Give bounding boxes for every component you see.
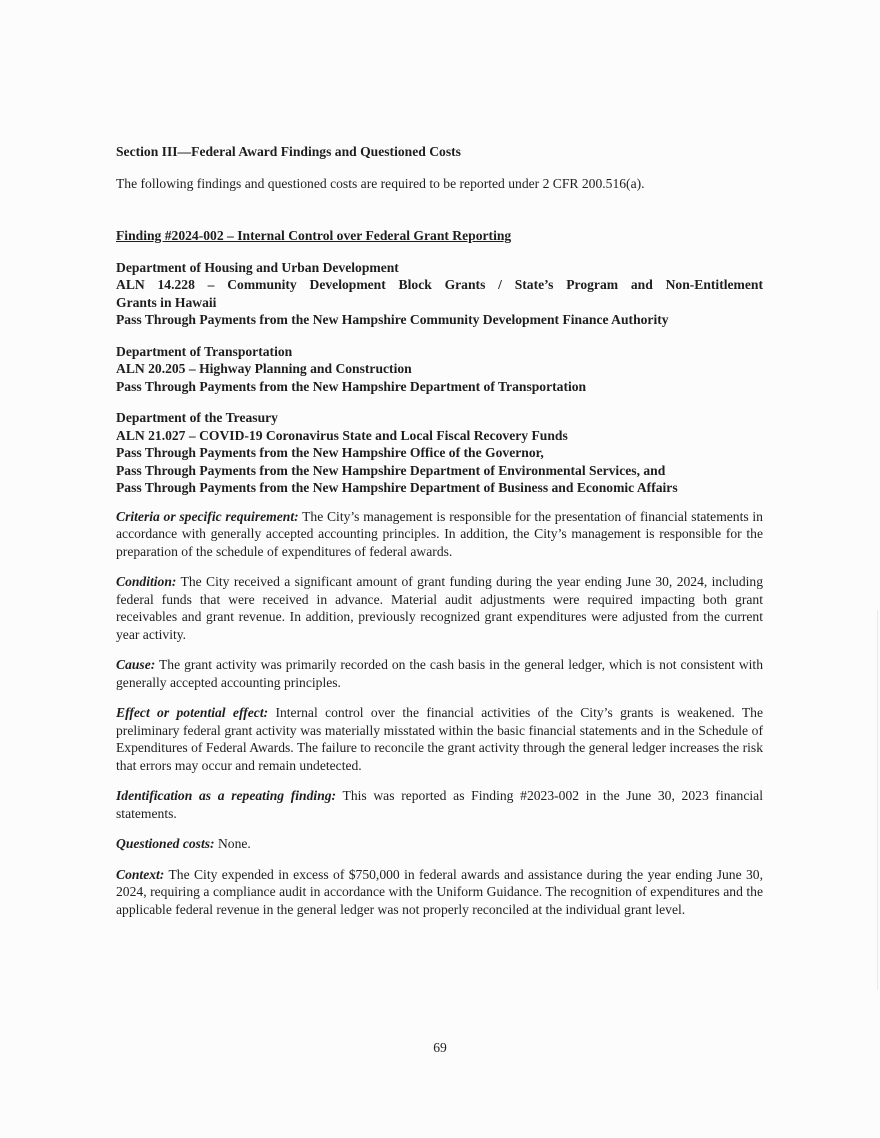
paragraph-label: Effect or potential effect: [116,705,268,720]
paragraph-text: The grant activity was primarily recorde… [116,657,763,690]
paragraph-repeating-finding: Identification as a repeating finding: T… [116,787,763,822]
program-aln-continued: Grants in Hawaii [116,294,763,312]
paragraph-condition: Condition: The City received a significa… [116,573,763,643]
paragraph-questioned-costs: Questioned costs: None. [116,835,763,853]
program-pass-through: Pass Through Payments from the New Hamps… [116,444,763,462]
paragraph-label: Criteria or specific requirement: [116,509,299,524]
program-aln: ALN 21.027 – COVID-19 Coronavirus State … [116,427,763,445]
paragraph-cause: Cause: The grant activity was primarily … [116,656,763,691]
section-title: Section III—Federal Award Findings and Q… [116,143,763,161]
program-pass-through: Pass Through Payments from the New Hamps… [116,462,763,480]
paragraph-label: Cause: [116,657,155,672]
page-number: 69 [0,1040,880,1056]
paragraph-text: The City expended in excess of $750,000 … [116,867,763,917]
paragraph-criteria: Criteria or specific requirement: The Ci… [116,508,763,561]
program-pass-through: Pass Through Payments from the New Hamps… [116,479,763,497]
document-page: Section III—Federal Award Findings and Q… [0,0,880,1138]
program-block-hud: Department of Housing and Urban Developm… [116,259,763,329]
paragraph-label: Context: [116,867,164,882]
program-agency: Department of Transportation [116,343,763,361]
paragraph-effect: Effect or potential effect: Internal con… [116,704,763,774]
intro-text: The following findings and questioned co… [116,175,763,193]
paragraph-label: Questioned costs: [116,836,215,851]
paragraph-label: Identification as a repeating finding: [116,788,336,803]
program-agency: Department of Housing and Urban Developm… [116,259,763,277]
scan-edge-shadow [877,610,878,990]
program-aln: ALN 20.205 – Highway Planning and Constr… [116,360,763,378]
paragraph-text: The City received a significant amount o… [116,574,763,642]
page-content: Section III—Federal Award Findings and Q… [116,143,763,918]
finding-title: Finding #2024-002 – Internal Control ove… [116,227,763,245]
program-block-treasury: Department of the Treasury ALN 21.027 – … [116,409,763,497]
program-block-transportation: Department of Transportation ALN 20.205 … [116,343,763,396]
program-agency: Department of the Treasury [116,409,763,427]
paragraph-context: Context: The City expended in excess of … [116,866,763,919]
program-pass-through: Pass Through Payments from the New Hamps… [116,378,763,396]
paragraph-text: None. [215,836,251,851]
paragraph-label: Condition: [116,574,176,589]
program-pass-through: Pass Through Payments from the New Hamps… [116,311,763,329]
program-aln: ALN 14.228 – Community Development Block… [116,276,763,294]
